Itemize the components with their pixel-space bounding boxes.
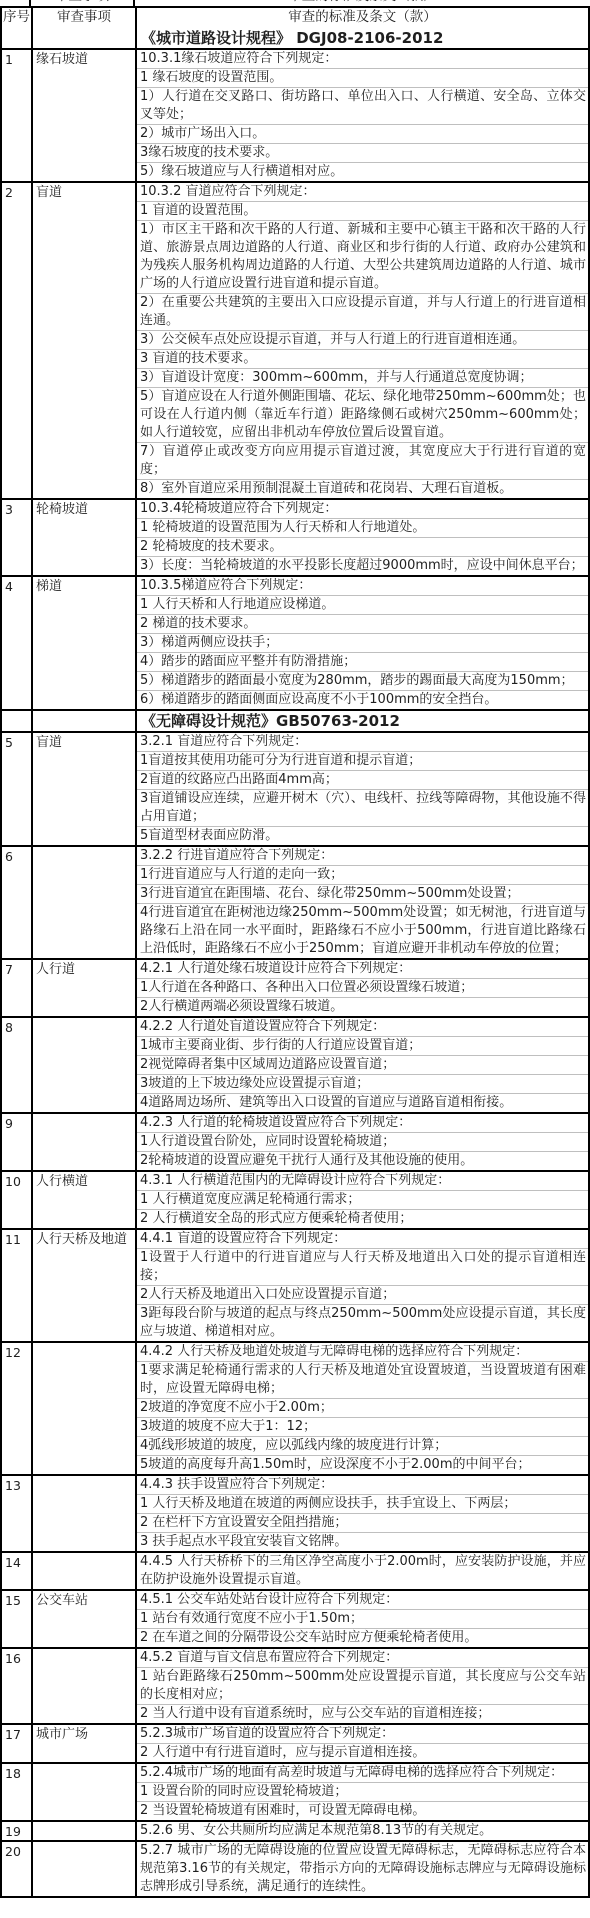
table-row: 3轮椅坡道10.3.4轮椅坡道应符合下列规定：1 轮椅坡道的设置范围为人行天桥和… bbox=[2, 498, 588, 575]
review-item-cell: 人行道 bbox=[33, 960, 137, 1016]
row-serial-number bbox=[2, 28, 33, 48]
provision-paragraph: 3）公交候车点处应设提示盲道，并与人行道上的行进盲道相连通。 bbox=[137, 330, 588, 349]
ghost-header-row: 审查事项 审查的标准及条文（款） bbox=[0, 0, 590, 6]
row-serial-number: 12 bbox=[2, 1343, 33, 1474]
provisions-cell: 3.2.1 盲道应符合下列规定：1盲道按其使用功能可分为行进盲道和提示盲道；2盲… bbox=[137, 733, 588, 845]
provisions-cell: 4.3.1 人行横道范围内的无障碍设计应符合下列规定：1 人行横道宽度应满足轮椅… bbox=[137, 1172, 588, 1228]
row-serial-number: 2 bbox=[2, 183, 33, 498]
provisions-cell: 5.2.3城市广场盲道的设置应符合下列规定：2 人行道中有行进盲道时，应与提示盲… bbox=[137, 1725, 588, 1762]
provisions-cell: 4.5.1 公交车站处站台设计应符合下列规定：1 站台有效通行宽度不应小于1.5… bbox=[137, 1591, 588, 1647]
provision-paragraph: 2 在车道之间的分隔带设公交车站时应方便乘轮椅者使用。 bbox=[137, 1628, 588, 1647]
table-row: 195.2.6 男、女公共厕所均应满足本规范第8.13节的有关规定。 bbox=[2, 1820, 588, 1840]
table-row: 94.2.3 人行道的轮椅坡道设置应符合下列规定：1人行道设置台阶处，应同时设置… bbox=[2, 1112, 588, 1170]
provision-paragraph: 3.2.2 行进盲道应符合下列规定： bbox=[137, 847, 588, 865]
provision-paragraph: 5）梯道踏步的踏面最小宽度为280mm，踏步的踢面最大高度为150mm； bbox=[137, 671, 588, 690]
provision-paragraph: 5.2.3城市广场盲道的设置应符合下列规定： bbox=[137, 1725, 588, 1743]
provisions-cell: 3.2.2 行进盲道应符合下列规定：1行进盲道应与人行道的走向一致；3行进盲道宜… bbox=[137, 847, 588, 958]
provision-paragraph: 1 人行天桥及地道在坡道的两侧应设扶手，扶手宜设上、下两层； bbox=[137, 1494, 588, 1513]
row-serial-number bbox=[2, 711, 33, 731]
review-item-cell: 轮椅坡道 bbox=[33, 500, 137, 575]
provision-paragraph: 2 梯道的技术要求。 bbox=[137, 614, 588, 633]
provision-paragraph: 2盲道的纹路应凸出路面4mm高； bbox=[137, 770, 588, 789]
provision-paragraph: 1人行道设置台阶处，应同时设置轮椅坡道； bbox=[137, 1132, 588, 1151]
column-header-item: 审查事项 bbox=[33, 8, 137, 28]
table-row: 17城市广场5.2.3城市广场盲道的设置应符合下列规定：2 人行道中有行进盲道时… bbox=[2, 1723, 588, 1762]
provision-paragraph: 4.4.3 扶手设置应符合下列规定： bbox=[137, 1476, 588, 1494]
review-item-cell bbox=[33, 1822, 137, 1840]
table-row: 205.2.7 城市广场的无障碍设施的位置应设置无障碍标志，无障碍标志应符合本规… bbox=[2, 1840, 588, 1896]
provision-paragraph: 4.3.1 人行横道范围内的无障碍设计应符合下列规定： bbox=[137, 1172, 588, 1190]
review-item-cell bbox=[33, 28, 137, 48]
provision-paragraph: 1城市主要商业街、步行街的人行道应设置盲道； bbox=[137, 1036, 588, 1055]
provision-paragraph: 1盲道按其使用功能可分为行进盲道和提示盲道； bbox=[137, 751, 588, 770]
table-header-row: 序号 审查事项 审查的标准及条文（款） bbox=[2, 8, 588, 28]
provisions-cell: 4.4.2 人行天桥及地道处坡道与无障碍电梯的选择应符合下列规定：1要求满足轮椅… bbox=[137, 1343, 588, 1474]
review-item-cell: 梯道 bbox=[33, 577, 137, 709]
ghost-col-standard: 审查的标准及条文（款） bbox=[135, 0, 590, 6]
provision-paragraph: 7）盲道停止或改变方向应用提示盲道过渡，其宽度应大于行进行盲道的宽度； bbox=[137, 442, 588, 479]
provision-paragraph: 2 人行横道安全岛的形式应方便乘轮椅者使用； bbox=[137, 1209, 588, 1228]
table-row: 84.2.2 人行道处盲道设置应符合下列规定：1城市主要商业街、步行街的人行道应… bbox=[2, 1016, 588, 1112]
provision-paragraph: 3缘石坡度的技术要求。 bbox=[137, 143, 588, 162]
provision-paragraph: 3）盲道设计宽度：300mm~600mm，并与人行通道总宽度协调； bbox=[137, 368, 588, 387]
row-serial-number: 7 bbox=[2, 960, 33, 1016]
provision-paragraph: 2 当人行道中设有盲道系统时，应与公交车站的盲道相连接； bbox=[137, 1704, 588, 1723]
provisions-cell: 4.2.1 人行道处缘石坡道设计应符合下列规定：1人行道在各种路口、各种出入口位… bbox=[137, 960, 588, 1016]
provision-paragraph: 2 当设置轮椅坡道有困难时，可设置无障碍电梯。 bbox=[137, 1801, 588, 1820]
provision-paragraph: 3）长度：当轮椅坡道的水平投影长度超过9000mm时，应设中间休息平台； bbox=[137, 556, 588, 575]
table-row: 7人行道4.2.1 人行道处缘石坡道设计应符合下列规定：1人行道在各种路口、各种… bbox=[2, 958, 588, 1016]
row-serial-number: 18 bbox=[2, 1764, 33, 1820]
row-serial-number: 20 bbox=[2, 1842, 33, 1896]
table-row: 5盲道3.2.1 盲道应符合下列规定：1盲道按其使用功能可分为行进盲道和提示盲道… bbox=[2, 731, 588, 845]
table-rows: 《城市道路设计规程》 DGJ08-2106-20121缘石坡道10.3.1缘石坡… bbox=[2, 28, 588, 1896]
review-item-cell bbox=[33, 711, 137, 731]
standard-title: 《城市道路设计规程》 DGJ08-2106-2012 bbox=[137, 28, 588, 48]
provision-paragraph: 4弧线形坡道的坡度，应以弧线内缘的坡度进行计算； bbox=[137, 1436, 588, 1455]
provision-paragraph: 2 人行道中有行进盲道时，应与提示盲道相连接。 bbox=[137, 1743, 588, 1762]
review-item-cell bbox=[33, 1114, 137, 1170]
provision-paragraph: 10.3.4轮椅坡道应符合下列规定： bbox=[137, 500, 588, 518]
provision-paragraph: 1）市区主干路和次干路的人行道、新城和主要中心镇主干路和次干路的人行道、旅游景点… bbox=[137, 220, 588, 293]
table-row: 134.4.3 扶手设置应符合下列规定：1 人行天桥及地道在坡道的两侧应设扶手，… bbox=[2, 1474, 588, 1551]
provisions-cell: 4.2.3 人行道的轮椅坡道设置应符合下列规定：1人行道设置台阶处，应同时设置轮… bbox=[137, 1114, 588, 1170]
table-row: 144.4.5 人行天桥桥下的三角区净空高度小于2.00m时，应安装防护设施，并… bbox=[2, 1551, 588, 1589]
review-item-cell: 城市广场 bbox=[33, 1725, 137, 1762]
provision-paragraph: 4.2.1 人行道处缘石坡道设计应符合下列规定： bbox=[137, 960, 588, 978]
provisions-cell: 10.3.5梯道应符合下列规定：1 人行天桥和人行地道应设梯道。2 梯道的技术要… bbox=[137, 577, 588, 709]
standard-section-row: 《城市道路设计规程》 DGJ08-2106-2012 bbox=[2, 28, 588, 48]
provision-paragraph: 4.4.2 人行天桥及地道处坡道与无障碍电梯的选择应符合下列规定： bbox=[137, 1343, 588, 1361]
provision-paragraph: 2）在重要公共建筑的主要出入口应设提示盲道，并与人行道上的行进盲道相连通。 bbox=[137, 293, 588, 330]
table-row: 124.4.2 人行天桥及地道处坡道与无障碍电梯的选择应符合下列规定：1要求满足… bbox=[2, 1341, 588, 1474]
provision-paragraph: 10.3.1缘石坡道应符合下列规定： bbox=[137, 50, 588, 68]
table-row: 1缘石坡道10.3.1缘石坡道应符合下列规定：1 缘石坡度的设置范围。1）人行道… bbox=[2, 48, 588, 181]
provision-paragraph: 1行进盲道应与人行道的走向一致； bbox=[137, 865, 588, 884]
provision-paragraph: 2轮椅坡道的设置应避免干扰行人通行及其他设施的使用。 bbox=[137, 1151, 588, 1170]
provision-paragraph: 3 盲道的技术要求。 bbox=[137, 349, 588, 368]
table-row: 2盲道10.3.2 盲道应符合下列规定：1 盲道的设置范围。1）市区主干路和次干… bbox=[2, 181, 588, 498]
review-item-cell: 盲道 bbox=[33, 183, 137, 498]
row-serial-number: 17 bbox=[2, 1725, 33, 1762]
provision-paragraph: 2视觉障碍者集中区域周边道路应设置盲道； bbox=[137, 1055, 588, 1074]
provision-paragraph: 2人行天桥及地道出入口处应设置提示盲道； bbox=[137, 1285, 588, 1304]
provisions-cell: 10.3.1缘石坡道应符合下列规定：1 缘石坡度的设置范围。1）人行道在交叉路口… bbox=[137, 50, 588, 181]
provision-paragraph: 2人行横道两端必须设置缘石坡道。 bbox=[137, 997, 588, 1016]
provision-paragraph: 1 站台距路缘石250mm~500mm处应设置提示盲道，其长度应与公交车站的长度… bbox=[137, 1667, 588, 1704]
column-header-standard: 审查的标准及条文（款） bbox=[137, 8, 588, 28]
provision-paragraph: 4道路周边场所、建筑等出入口设置的盲道应与道路盲道相衔接。 bbox=[137, 1093, 588, 1112]
provision-paragraph: 4.4.1 盲道的设置应符合下列规定： bbox=[137, 1230, 588, 1248]
provision-paragraph: 10.3.2 盲道应符合下列规定： bbox=[137, 183, 588, 201]
provision-paragraph: 5.2.4城市广场的地面有高差时坡道与无障碍电梯的选择应符合下列规定： bbox=[137, 1764, 588, 1782]
provision-paragraph: 4.4.5 人行天桥桥下的三角区净空高度小于2.00m时，应安装防护设施，并应在… bbox=[137, 1553, 588, 1589]
provision-paragraph: 5）缘石坡道应与人行横道相对应。 bbox=[137, 162, 588, 181]
provision-paragraph: 1要求满足轮椅通行需求的人行天桥及地道处宜设置坡道，当设置坡道有困难时，应设置无… bbox=[137, 1361, 588, 1398]
review-item-cell bbox=[33, 847, 137, 958]
provisions-cell: 5.2.7 城市广场的无障碍设施的位置应设置无障碍标志，无障碍标志应符合本规范第… bbox=[137, 1842, 588, 1896]
provision-paragraph: 10.3.5梯道应符合下列规定： bbox=[137, 577, 588, 595]
provision-paragraph: 5坡道的高度每升高1.50m时，应设深度不小于2.00m的中间平台； bbox=[137, 1455, 588, 1474]
row-serial-number: 19 bbox=[2, 1822, 33, 1840]
review-item-cell bbox=[33, 1842, 137, 1896]
table-row: 63.2.2 行进盲道应符合下列规定：1行进盲道应与人行道的走向一致；3行进盲道… bbox=[2, 845, 588, 958]
provision-paragraph: 5.2.7 城市广场的无障碍设施的位置应设置无障碍标志，无障碍标志应符合本规范第… bbox=[137, 1842, 588, 1896]
row-serial-number: 14 bbox=[2, 1553, 33, 1589]
provisions-cell: 10.3.2 盲道应符合下列规定：1 盲道的设置范围。1）市区主干路和次干路的人… bbox=[137, 183, 588, 498]
provision-paragraph: 4.5.2 盲道与盲文信息布置应符合下列规定： bbox=[137, 1649, 588, 1667]
review-item-cell bbox=[33, 1649, 137, 1723]
review-item-cell: 人行横道 bbox=[33, 1172, 137, 1228]
table-row: 4梯道10.3.5梯道应符合下列规定：1 人行天桥和人行地道应设梯道。2 梯道的… bbox=[2, 575, 588, 709]
row-serial-number: 8 bbox=[2, 1018, 33, 1112]
review-item-cell: 盲道 bbox=[33, 733, 137, 845]
row-serial-number: 1 bbox=[2, 50, 33, 181]
provision-paragraph: 5盲道型材表面应防滑。 bbox=[137, 826, 588, 845]
provision-paragraph: 1 缘石坡度的设置范围。 bbox=[137, 68, 588, 87]
provision-paragraph: 3.2.1 盲道应符合下列规定： bbox=[137, 733, 588, 751]
review-table: 序号 审查事项 审查的标准及条文（款） 《城市道路设计规程》 DGJ08-210… bbox=[0, 6, 590, 1898]
provision-paragraph: 4.2.3 人行道的轮椅坡道设置应符合下列规定： bbox=[137, 1114, 588, 1132]
row-serial-number: 13 bbox=[2, 1476, 33, 1551]
standard-title: 《无障碍设计规范》GB50763-2012 bbox=[137, 711, 588, 731]
provision-paragraph: 3盲道铺设应连续，应避开树木（穴）、电线杆、拉线等障碍物，其他设施不得占用盲道； bbox=[137, 789, 588, 826]
provision-paragraph: 4）踏步的踏面应平整并有防滑措施； bbox=[137, 652, 588, 671]
review-item-cell bbox=[33, 1018, 137, 1112]
clipped-previous-header: 审查事项 审查的标准及条文（款） bbox=[0, 0, 590, 6]
review-standards-page: 审查事项 审查的标准及条文（款） 序号 审查事项 审查的标准及条文（款） 《城市… bbox=[0, 0, 590, 1898]
row-serial-number: 6 bbox=[2, 847, 33, 958]
standard-section-row: 《无障碍设计规范》GB50763-2012 bbox=[2, 709, 588, 731]
provisions-cell: 4.4.5 人行天桥桥下的三角区净空高度小于2.00m时，应安装防护设施，并应在… bbox=[137, 1553, 588, 1589]
table-row: 164.5.2 盲道与盲文信息布置应符合下列规定：1 站台距路缘石250mm~5… bbox=[2, 1647, 588, 1723]
row-serial-number: 15 bbox=[2, 1591, 33, 1647]
provision-paragraph: 1 轮椅坡道的设置范围为人行天桥和人行地道处。 bbox=[137, 518, 588, 537]
provision-paragraph: 6）梯道踏步的踏面侧面应设高度不小于100mm的安全挡台。 bbox=[137, 690, 588, 709]
column-header-serial: 序号 bbox=[2, 8, 33, 28]
provision-paragraph: 1）人行道在交叉路口、街坊路口、单位出入口、人行横道、安全岛、立体交叉等处； bbox=[137, 87, 588, 124]
review-item-cell bbox=[33, 1343, 137, 1474]
provision-paragraph: 2坡道的净宽度不应小于2.00m； bbox=[137, 1398, 588, 1417]
row-serial-number: 3 bbox=[2, 500, 33, 575]
row-serial-number: 9 bbox=[2, 1114, 33, 1170]
review-item-cell: 人行天桥及地道 bbox=[33, 1230, 137, 1341]
provision-paragraph: 3行进盲道宜在距围墙、花台、绿化带250mm~500mm处设置； bbox=[137, 884, 588, 903]
row-serial-number: 5 bbox=[2, 733, 33, 845]
provision-paragraph: 3距每段台阶与坡道的起点与终点250mm~500mm处应设提示盲道，其长度应与坡… bbox=[137, 1304, 588, 1341]
provision-paragraph: 2 轮椅坡度的技术要求。 bbox=[137, 537, 588, 556]
provisions-cell: 10.3.4轮椅坡道应符合下列规定：1 轮椅坡道的设置范围为人行天桥和人行地道处… bbox=[137, 500, 588, 575]
provisions-cell: 5.2.6 男、女公共厕所均应满足本规范第8.13节的有关规定。 bbox=[137, 1822, 588, 1840]
provision-paragraph: 1 设置台阶的同时应设置轮椅坡道； bbox=[137, 1782, 588, 1801]
ghost-col-item: 审查事项 bbox=[31, 0, 135, 6]
row-serial-number: 10 bbox=[2, 1172, 33, 1228]
provisions-cell: 4.5.2 盲道与盲文信息布置应符合下列规定：1 站台距路缘石250mm~500… bbox=[137, 1649, 588, 1723]
row-serial-number: 16 bbox=[2, 1649, 33, 1723]
table-row: 11人行天桥及地道4.4.1 盲道的设置应符合下列规定：1设置于人行道中的行进盲… bbox=[2, 1228, 588, 1341]
provision-paragraph: 2）城市广场出入口。 bbox=[137, 124, 588, 143]
provisions-cell: 4.2.2 人行道处盲道设置应符合下列规定：1城市主要商业街、步行街的人行道应设… bbox=[137, 1018, 588, 1112]
provision-paragraph: 1 人行横道宽度应满足轮椅通行需求； bbox=[137, 1190, 588, 1209]
table-row: 10人行横道4.3.1 人行横道范围内的无障碍设计应符合下列规定：1 人行横道宽… bbox=[2, 1170, 588, 1228]
provision-paragraph: 4.5.1 公交车站处站台设计应符合下列规定： bbox=[137, 1591, 588, 1609]
provision-paragraph: 5）盲道应设在人行道外侧距围墙、花坛、绿化地带250mm~600mm处；也可设在… bbox=[137, 387, 588, 442]
provision-paragraph: 3 扶手起点水平段宜安装盲文铭牌。 bbox=[137, 1532, 588, 1551]
provision-paragraph: 3坡道的上下坡边缘处应设置提示盲道； bbox=[137, 1074, 588, 1093]
provision-paragraph: 2 在栏杆下方宜设置安全阻挡措施； bbox=[137, 1513, 588, 1532]
provision-paragraph: 1 人行天桥和人行地道应设梯道。 bbox=[137, 595, 588, 614]
provision-paragraph: 4.2.2 人行道处盲道设置应符合下列规定： bbox=[137, 1018, 588, 1036]
table-row: 15公交车站4.5.1 公交车站处站台设计应符合下列规定：1 站台有效通行宽度不… bbox=[2, 1589, 588, 1647]
provision-paragraph: 1 站台有效通行宽度不应小于1.50m； bbox=[137, 1609, 588, 1628]
provision-paragraph: 4行进盲道宜在距树池边缘250mm~500mm处设置；如无树池，行进盲道与路缘石… bbox=[137, 903, 588, 958]
review-item-cell bbox=[33, 1764, 137, 1820]
review-item-cell: 公交车站 bbox=[33, 1591, 137, 1647]
table-row: 185.2.4城市广场的地面有高差时坡道与无障碍电梯的选择应符合下列规定：1 设… bbox=[2, 1762, 588, 1820]
ghost-col-serial bbox=[0, 0, 31, 6]
review-item-cell bbox=[33, 1553, 137, 1589]
provision-paragraph: 8）室外盲道应采用预制混凝土盲道砖和花岗岩、大理石盲道板。 bbox=[137, 479, 588, 498]
provision-paragraph: 1人行道在各种路口、各种出入口位置必须设置缘石坡道； bbox=[137, 978, 588, 997]
provisions-cell: 5.2.4城市广场的地面有高差时坡道与无障碍电梯的选择应符合下列规定：1 设置台… bbox=[137, 1764, 588, 1820]
provisions-cell: 4.4.1 盲道的设置应符合下列规定：1设置于人行道中的行进盲道应与人行天桥及地… bbox=[137, 1230, 588, 1341]
provisions-cell: 4.4.3 扶手设置应符合下列规定：1 人行天桥及地道在坡道的两侧应设扶手，扶手… bbox=[137, 1476, 588, 1551]
row-serial-number: 11 bbox=[2, 1230, 33, 1341]
provision-paragraph: 1设置于人行道中的行进盲道应与人行天桥及地道出入口处的提示盲道相连接； bbox=[137, 1248, 588, 1285]
provision-paragraph: 1 盲道的设置范围。 bbox=[137, 201, 588, 220]
review-item-cell: 缘石坡道 bbox=[33, 50, 137, 181]
provision-paragraph: 3坡道的坡度不应大于1：12； bbox=[137, 1417, 588, 1436]
provision-paragraph: 3）梯道两侧应设扶手； bbox=[137, 633, 588, 652]
row-serial-number: 4 bbox=[2, 577, 33, 709]
provision-paragraph: 5.2.6 男、女公共厕所均应满足本规范第8.13节的有关规定。 bbox=[137, 1822, 588, 1840]
review-item-cell bbox=[33, 1476, 137, 1551]
